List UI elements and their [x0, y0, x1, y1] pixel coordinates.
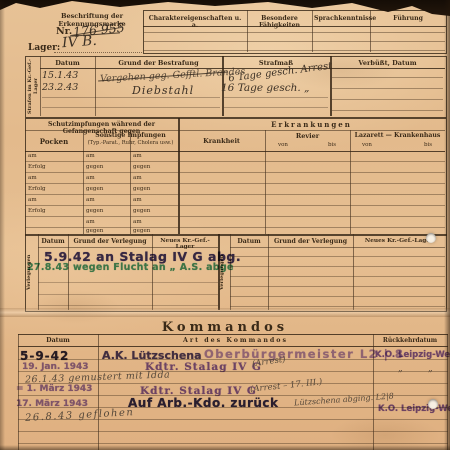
kommandos-r2-date-stamp: 19. Jan. 1943: [22, 362, 89, 372]
strafen-row2-grund: Diebstahl: [132, 84, 194, 97]
left-edge-shadow: [0, 0, 5, 450]
verlegungen-grund-header: Grund der Verlegung: [268, 238, 353, 245]
strafen-datum-header: Datum: [40, 59, 95, 67]
ditto-mark: „: [398, 364, 403, 374]
von-label: von: [362, 142, 372, 148]
kommandos-r4-date-stamp: = 1. März 1943: [16, 384, 92, 394]
rule-line: [38, 305, 218, 306]
paper-fold: [0, 308, 450, 317]
traits-divider: [247, 10, 248, 52]
kommandos-r5-art-stamp: Auf Arb.-Kdo. zurück: [128, 396, 279, 410]
verlegungen-datum-header: Datum: [230, 238, 268, 245]
lazarett-header: Lazarett — Krankenhaus: [350, 132, 445, 139]
krankheit-header: Krankheit: [178, 137, 265, 145]
right-edge-shadow: [444, 0, 450, 450]
sonstige-subheader: (Typ.-Parat., Ruhr, Cholera usw.): [83, 140, 178, 146]
rule-line: [38, 282, 218, 283]
verlegungen-datum-header: Datum: [38, 238, 68, 245]
traits-col2-header: Besondere Fähigkeiten: [249, 15, 310, 29]
kommandos-r5-date-stamp: 17. März 1943: [16, 399, 88, 409]
kommandos-r5-return-stamp: K.O. Leipzig-West: [378, 404, 450, 414]
verbuesst-row-lines: [332, 67, 443, 112]
hole-punch: [426, 233, 436, 243]
rule-line: [224, 107, 328, 108]
von-label: von: [278, 142, 288, 148]
rule-line: [25, 130, 178, 131]
verlegungen-grund-header: Grund der Verlegung: [68, 238, 152, 245]
pow-record-card: Beschriftung der Erkennungsmarke Nr. 176…: [0, 0, 450, 450]
revier-header: Revier: [265, 132, 350, 140]
traits-divider: [312, 10, 313, 52]
traits-col1-header: Charaktereigenschaften u. a.: [145, 15, 245, 29]
pocken-header: Pocken: [25, 137, 83, 146]
bis-label: bis: [328, 142, 336, 148]
kommandos-r1-date-stamp: 5-9-42: [20, 349, 69, 363]
erkrankungen-span-header: Erkrankungen: [178, 120, 445, 129]
kommandos-title: Kommandos: [0, 320, 450, 335]
rule-line: [38, 247, 218, 248]
strafen-row2-datum: 23.2.43: [42, 82, 78, 93]
strafen-row2-strafmass: 16 Tage gesch. „: [221, 82, 310, 94]
lager-value-handwritten: IV B.: [61, 33, 97, 51]
rule-line: [38, 294, 218, 295]
rule-line: [224, 97, 328, 98]
kommandos-r1-return-stamp: K.O. Leipzig-West: [375, 350, 450, 360]
ditto-mark: „: [428, 364, 433, 374]
strafen-verbuesst-header: Verbüßt, Datum: [330, 59, 445, 67]
strafen-side-label: Strafen im Kr.-Gef.-Lager: [27, 58, 39, 114]
rule-line: [42, 97, 220, 98]
kommandos-rueck-header: Rückkehrdatum: [373, 337, 447, 344]
bottom-edge-shadow: [0, 445, 450, 450]
rule-line: [42, 107, 220, 108]
strafen-grund-header: Grund der Bestrafung: [95, 59, 222, 67]
rule-line: [178, 130, 445, 131]
kommandos-top-rule: [18, 334, 448, 335]
impfungen-row-lines: [25, 151, 178, 233]
kommandos-art-header: Art des Kommandos: [98, 337, 373, 344]
traits-col3-header: Sprachkenntnisse: [314, 15, 368, 22]
erkrankungen-row-lines: [178, 151, 445, 233]
sonstige-header: Sonstige Impfungen: [83, 132, 178, 139]
hole-punch: [428, 399, 438, 409]
verlegungen-row-lines: [230, 247, 445, 307]
kommandos-datum-header: Datum: [18, 337, 98, 344]
strafen-row1-datum: 15.1.43: [42, 70, 78, 81]
bis-label: bis: [424, 142, 432, 148]
traits-col4-header: Führung: [372, 15, 444, 22]
transfer-stamp-2: 27.8.43 wegen Flucht an „ A.S. abge: [27, 262, 234, 273]
